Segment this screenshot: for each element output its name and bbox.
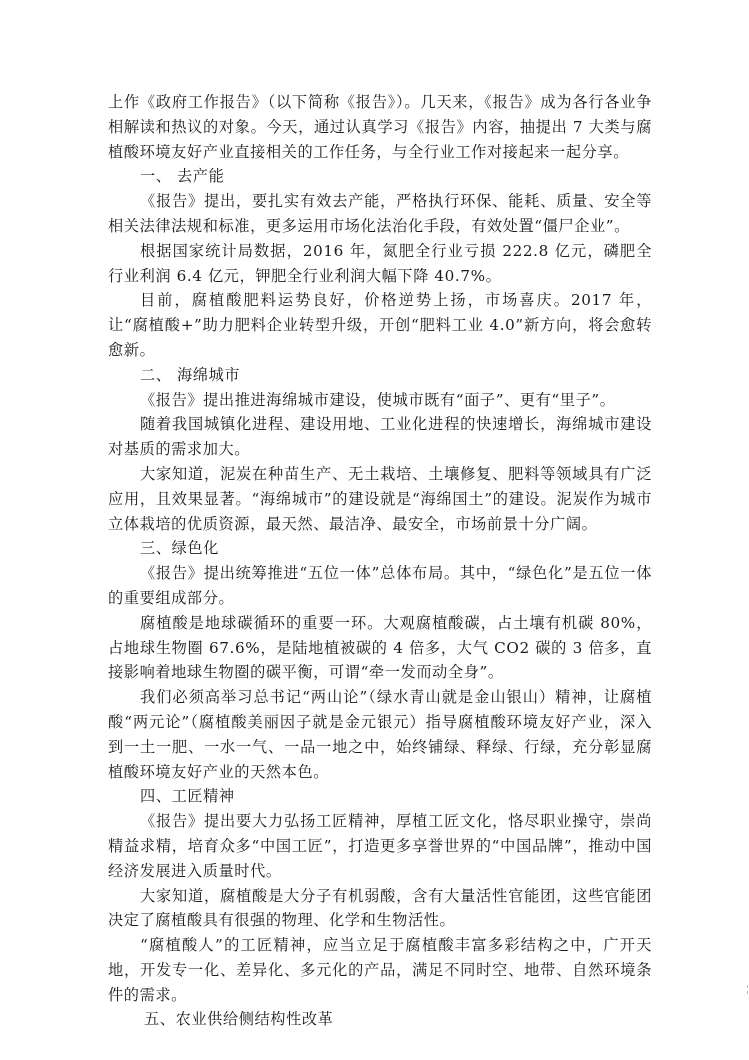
paragraph: 《报告》提出，要扎实有效去产能，严格执行环保、能耗、质量、安全等相关法律法规和标… — [108, 189, 652, 239]
section-heading-4: 四、工匠精神 — [108, 784, 652, 809]
paragraph: 目前，腐植酸肥料运势良好，价格逆势上扬，市场喜庆。2017 年，让“腐植酸+”助… — [108, 288, 652, 362]
section-heading-5: 五、农业供给侧结构性改革 — [108, 1007, 652, 1032]
section-heading-3: 三、绿色化 — [108, 536, 652, 561]
section-heading-1: 一、 去产能 — [108, 164, 652, 189]
paragraph: 大家知道，泥炭在种苗生产、无土栽培、土壤修复、肥料等领域具有广泛应用，且效果显著… — [108, 462, 652, 536]
paragraph: 我们必须高举习总书记“两山论”（绿水青山就是金山银山）精神，让腐植酸“两元论”（… — [108, 685, 652, 784]
paragraph: “腐植酸人”的工匠精神，应当立足于腐植酸丰富多彩结构之中，广开天地，开发专一化、… — [108, 933, 652, 1007]
paragraph: 《报告》提出推进海绵城市建设，使城市既有“面子”、更有“里子”。 — [108, 388, 652, 413]
document-page: 上作《政府工作报告》（以下简称《报告》）。几天来，《报告》成为各行各业争相解读和… — [108, 90, 652, 1032]
paragraph: 《报告》提出要大力弘扬工匠精神，厚植工匠文化，恪尽职业操守，崇尚精益求精，培育众… — [108, 809, 652, 883]
paragraph: 《报告》提出统筹推进“五位一体”总体布局。其中，“绿色化”是五位一体的重要组成部… — [108, 561, 652, 611]
paragraph: 根据国家统计局数据，2016 年，氮肥全行业亏损 222.8 亿元，磷肥全行业利… — [108, 239, 652, 289]
paragraph: 大家知道，腐植酸是大分子有机弱酸，含有大量活性官能团，这些官能团决定了腐植酸具有… — [108, 884, 652, 934]
paragraph: 随着我国城镇化进程、建设用地、工业化进程的快速增长，海绵城市建设对基质的需求加大… — [108, 412, 652, 462]
paragraph-intro: 上作《政府工作报告》（以下简称《报告》）。几天来，《报告》成为各行各业争相解读和… — [108, 90, 652, 164]
section-heading-2: 二、 海绵城市 — [108, 363, 652, 388]
paragraph: 腐植酸是地球碳循环的重要一环。大观腐植酸碳，占土壤有机碳 80%，占地球生物圈 … — [108, 611, 652, 685]
